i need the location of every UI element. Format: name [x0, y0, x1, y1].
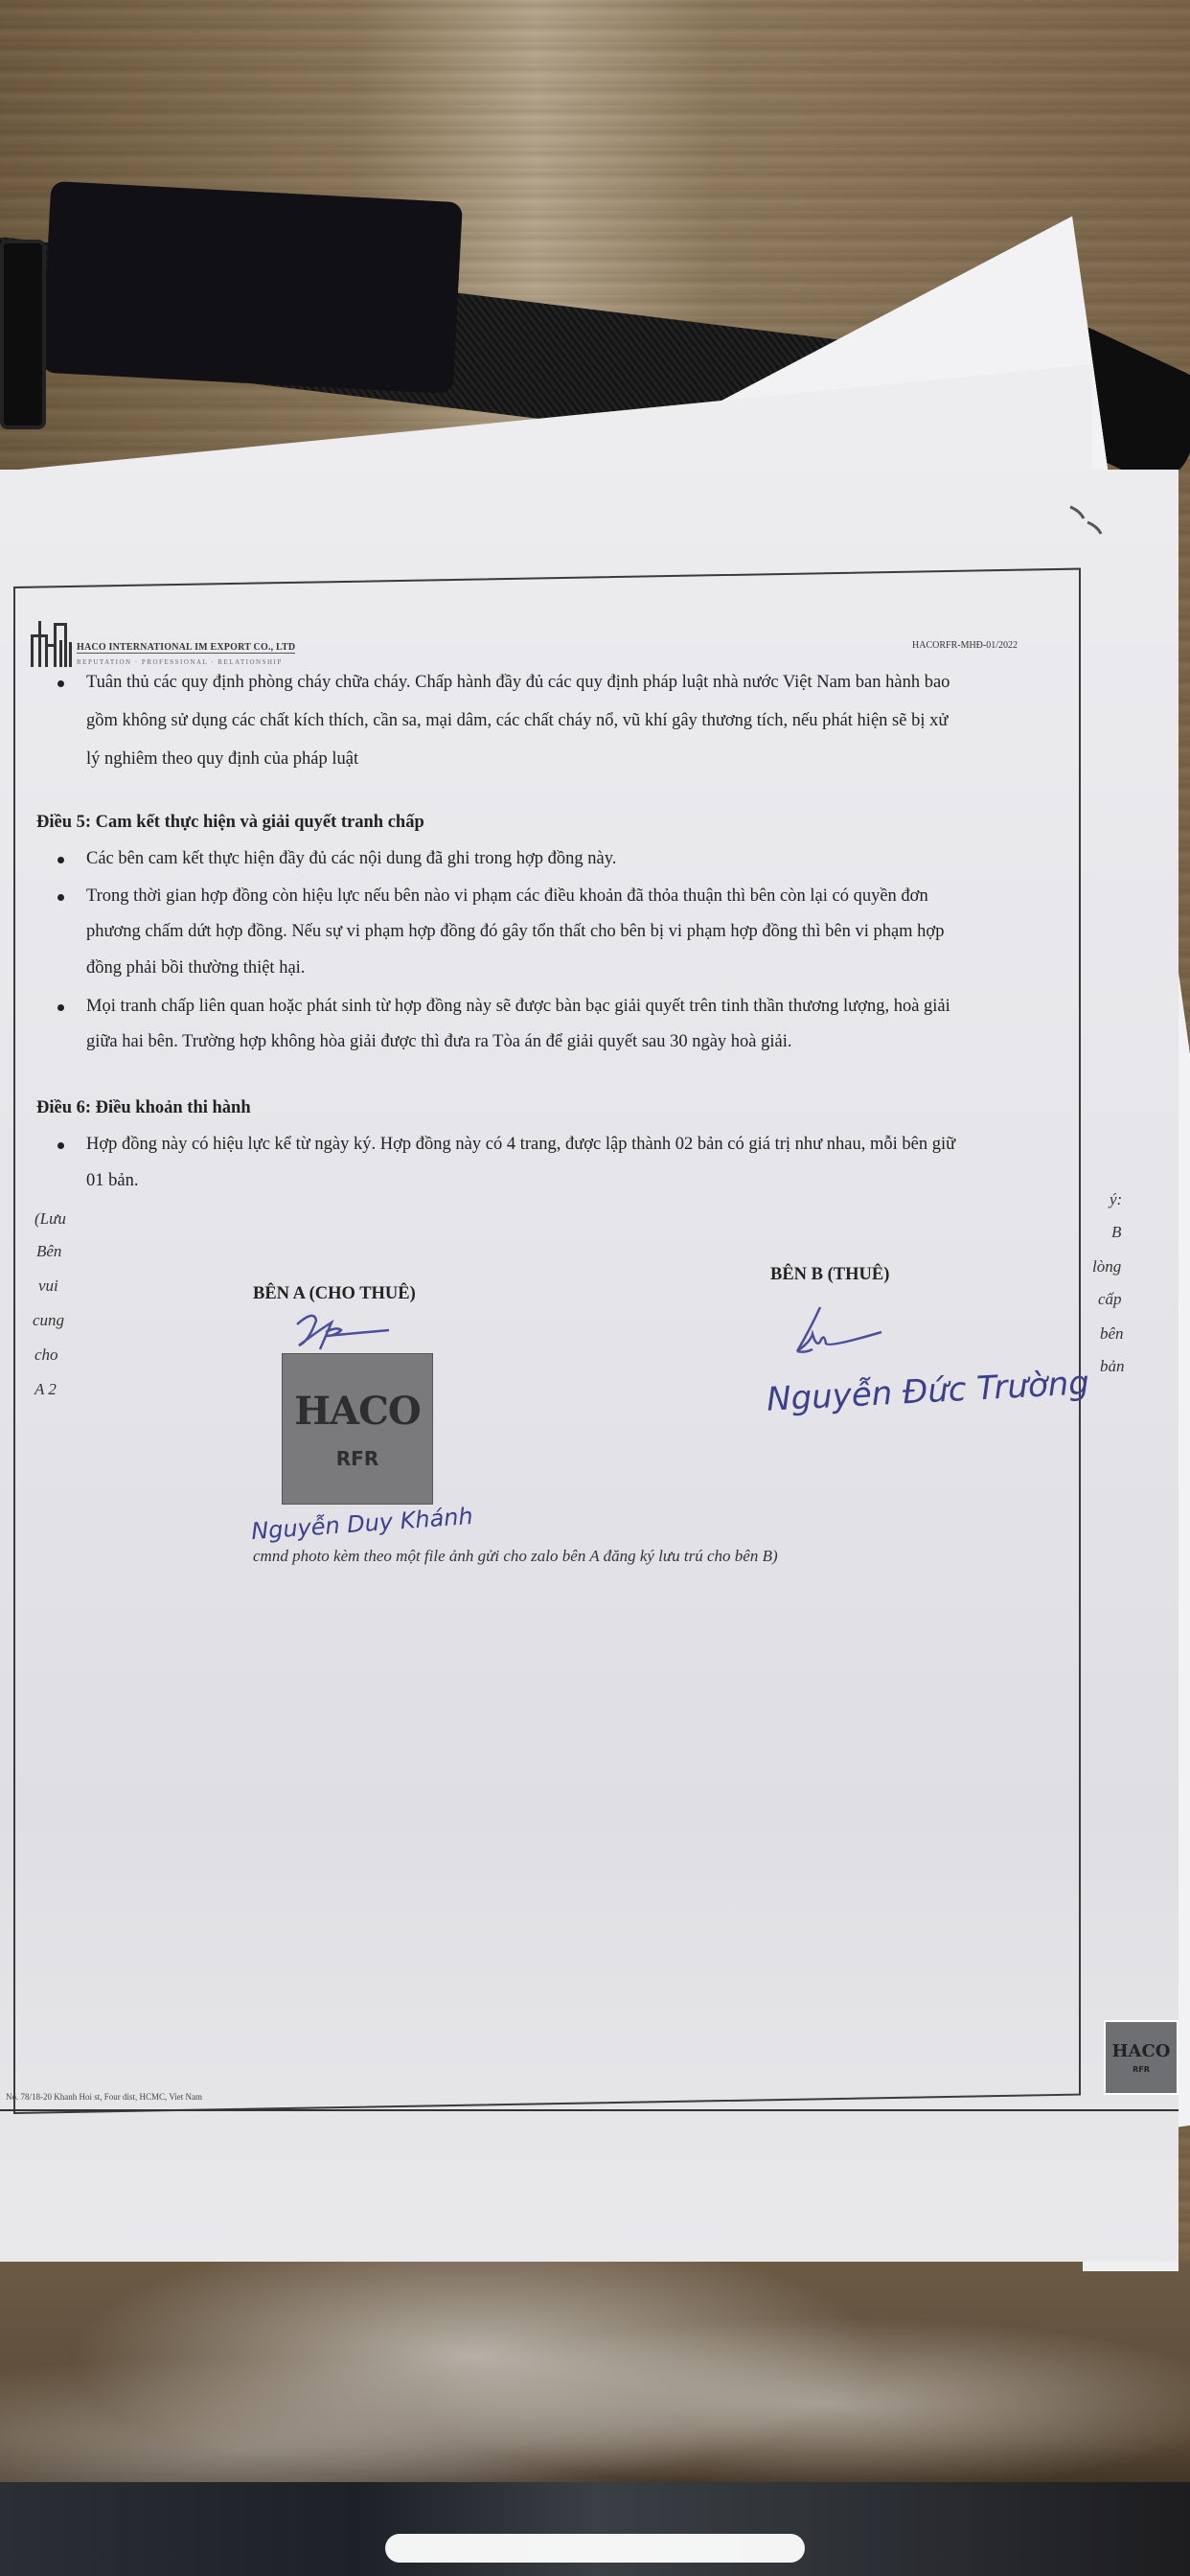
party-b-label: BÊN B (THUÊ): [770, 1265, 889, 1285]
note-left-4: cung: [33, 1311, 64, 1330]
party-a-company-stamp: HACO RFR: [282, 1353, 433, 1505]
article-5-bullet-2-line-2: phương chấm dứt hợp đồng. Nếu sự vi phạm…: [86, 922, 944, 942]
home-indicator-bar[interactable]: [385, 2534, 805, 2563]
footer-address: No. 78/18-20 Khanh Hoi st, Four dist, HC…: [6, 2092, 202, 2102]
document-content: HACO INTERNATIONAL IM EXPORT CO., LTD RE…: [0, 0, 1190, 2576]
footer-stamp-main: HACO: [1112, 2041, 1171, 2061]
article-6-bullet-1-line-1: Hợp đồng này có hiệu lực kể từ ngày ký. …: [86, 1135, 955, 1155]
note-right-5: bên: [1100, 1324, 1124, 1344]
party-a-label: BÊN A (CHO THUÊ): [253, 1284, 416, 1304]
party-a-handwritten-name: Nguyễn Duy Khánh: [250, 1503, 473, 1545]
note-left-3: vui: [38, 1276, 58, 1296]
party-b-handwritten-name: Nguyễn Đức Trường: [766, 1364, 1090, 1419]
note-left-6: A 2: [34, 1380, 57, 1399]
note-left-1: (Lưu: [34, 1209, 66, 1229]
article-5-bullet-3-line-2: giữa hai bên. Trường hợp không hòa giải …: [86, 1032, 792, 1052]
haco-building-logo-icon: [31, 621, 73, 667]
note-left-5: cho: [34, 1345, 58, 1365]
footer-company-stamp: HACO RFR: [1104, 2020, 1179, 2095]
document-code: HACORFR-MHĐ-01/2022: [912, 640, 1018, 651]
company-tagline: REPUTATION · PROFESSIONAL · RELATIONSHIP: [77, 658, 283, 666]
party-a-signature: [287, 1303, 393, 1356]
article-5-bullet-3-line-1: Mọi tranh chấp liên quan hoặc phát sinh …: [86, 997, 950, 1017]
intro-bullet-line-1: Tuân thủ các quy định phòng cháy chữa ch…: [86, 673, 950, 693]
article-6-title: Điều 6: Điều khoản thi hành: [36, 1098, 251, 1118]
article-5-bullet-2-line-1: Trong thời gian hợp đồng còn hiệu lực nế…: [86, 886, 928, 907]
article-5-bullet-1: Các bên cam kết thực hiện đầy đủ các nội…: [86, 849, 616, 869]
note-right-6: bản: [1100, 1357, 1125, 1376]
note-right-2: B: [1111, 1223, 1121, 1242]
article-5-title: Điều 5: Cam kết thực hiện và giải quyết …: [36, 813, 424, 833]
party-b-signature: [791, 1303, 887, 1361]
footer-divider: [0, 2109, 1179, 2111]
intro-bullet-line-2: gồm không sử dụng các chất kích thích, c…: [86, 711, 948, 731]
note-right-3: lòng: [1092, 1257, 1121, 1276]
note-right-1: ý:: [1110, 1190, 1122, 1209]
stamp-main-text: HACO: [294, 1389, 421, 1434]
article-6-bullet-1-line-2: 01 bản.: [86, 1171, 138, 1191]
intro-bullet-line-3: lý nghiêm theo quy định của pháp luật: [86, 749, 358, 770]
note-left-2: Bên: [36, 1242, 61, 1261]
company-name: HACO INTERNATIONAL IM EXPORT CO., LTD: [77, 642, 295, 654]
note-right-4: cấp: [1098, 1290, 1122, 1309]
footer-stamp-sub: RFR: [1133, 2065, 1150, 2074]
article-5-bullet-2-line-3: đồng phải bồi thường thiệt hại.: [86, 958, 305, 978]
note-bottom-line: cmnd photo kèm theo một file ảnh gửi cho…: [253, 1547, 778, 1566]
stamp-sub-text: RFR: [336, 1447, 378, 1470]
